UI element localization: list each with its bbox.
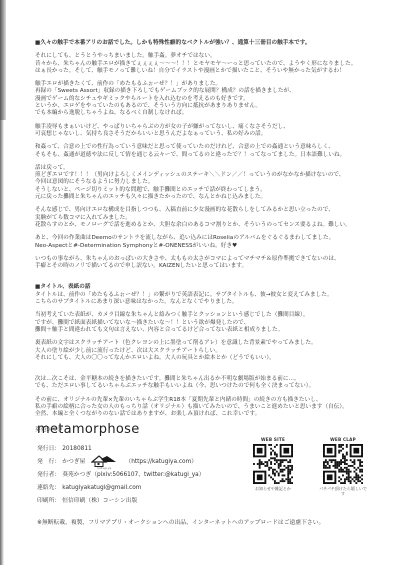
publisher-url[interactable]: （https://katugiya.com） xyxy=(125,459,197,466)
text-line: そもそも、姦通が道徳や法に反して情を通じる云々ーで、間ってるのと違ったで？！って… xyxy=(35,152,375,159)
qr-website-label: WEB SITE xyxy=(249,437,297,442)
text-line: 裏表紙の文字はスクラッチアート（色クレヨンの上に墨塗って削るアレ）を意識した背景… xyxy=(35,340,375,347)
qr-code-icon[interactable] xyxy=(253,444,293,484)
printer-label: 印刷所： xyxy=(37,498,60,505)
date-label: 発行日： xyxy=(37,446,60,453)
author-value: 葵苑かつぎ（pixiv:5066107、twitter:@katugi_ya） xyxy=(62,472,204,479)
paragraph: それにしても、とうとうやっちまいました。触手姦。夢オチではない。昔々から、朱ちゃ… xyxy=(35,53,375,75)
text-line: 今回は意図的にそうなるように努力しました。 xyxy=(35,179,375,186)
book-title: metamorphose xyxy=(37,422,367,437)
qr-website-caption: お知らせや雑記とか xyxy=(249,486,297,491)
logo-caption: katugi-ya xyxy=(97,467,111,470)
colophon-author: 発行者： 葵苑かつぎ（pixiv:5066107、twitter:@katugi… xyxy=(37,469,367,482)
qr-website: WEB SITE お知らせや雑記とか xyxy=(249,437,297,491)
text-line: あと、今回の作業曲はDeemoのサントラを流しながら、追い込みにはRoselia… xyxy=(35,235,375,242)
paragraph: 触手凌辱もまぁいいけど、やっぱりいちゃらぶの方が女の子が嫌がってないし、痛くなさ… xyxy=(35,124,375,139)
katugiya-logo: katugi-ya xyxy=(91,455,117,470)
date-value: 20180811 xyxy=(62,446,92,453)
text-line: はぁ長かった。そして、触手モノって難しいね！自分でイラストや漫画とかで描いたこと… xyxy=(35,68,375,75)
text-line: 昔々から、朱ちゃんの触手エロが描きてぇぇぇぇ〜〜〜！！！とモヤモヤ〜ーっと思って… xyxy=(35,61,375,68)
text-line: 触手凌辱もまぁいいけど、やっぱりいちゃらぶの方が女の子が嫌がってないし、痛くなさ… xyxy=(35,124,375,131)
text-line: その前に、オリジナルの先輩×先輩のいちゃらぶ学生R18本「夏期先輩と内緒の時間」… xyxy=(35,397,375,404)
paragraph: いつもの事ながら、朱ちゃんのおっぱいの大きさや、太ももの太さがコマによってマチマ… xyxy=(35,256,375,271)
paragraph: 当初考えていた表紙が、カメラ目線な朱ちゃんと絡みつく触手とクッションという感じで… xyxy=(35,312,375,334)
qr-webclap-label: WEB CLAP xyxy=(319,437,367,442)
colophon: metamorphose 発行日： 20180811 発 行： かつぎ屋 kat… xyxy=(37,422,367,508)
text-line: タイトルは、前作の「めたもるふぉーぜ？！」の繋がりで英語表記に。サブタイトルも、… xyxy=(35,292,375,299)
section-heading: ■タイトル、表紙の話 xyxy=(35,284,375,291)
paragraph: ■タイトル、表紙の話タイトルは、前作の「めたもるふぉーぜ？！」の繋がりで英語表記… xyxy=(35,284,375,306)
text-line: 大人の塗り絵が少し前に流行ったけど、次は大スクラッチアートらしい。 xyxy=(35,348,375,355)
text-line: 全然、本編と全くつながりのない話ではありますが、お楽しみ頂ければ、これ幸いです。 xyxy=(35,411,375,418)
paragraph: 話は戻って。煎どぎエロです！！！（男向けよろしくメインディッシュのステーキ＼＼ド… xyxy=(35,165,375,201)
text-line: そんな感じで、男向けエロな構成を目指しつつも、入稿直前に少女漫画的な花散らしをし… xyxy=(35,207,375,214)
qr-webclap-caption: パチパチ頂けたら嬉しいです xyxy=(319,486,367,496)
section-gap xyxy=(35,368,375,376)
text-line: それにしても、とうとうやっちまいました。触手姦。夢オチではない。 xyxy=(35,53,375,60)
text-line: でも本編から逸脱しちゃうよね。なるべく自制しなければ。 xyxy=(35,110,375,117)
paragraph: あと、今回の作業曲はDeemoのサントラを流しながら、追い込みにはRoselia… xyxy=(35,235,375,250)
text-line: そうしないと、ページ切りミット的な問題で、触手攤間とのエッチで話が終わってしまう… xyxy=(35,187,375,194)
paragraph: 触手エロが描きたくて、前作の「めたもるふぉーぜ？！」がありました。再録の「Swe… xyxy=(35,81,375,117)
paragraph: その前に、オリジナルの先輩×先輩のいちゃらぶ学生R18本「夏期先輩と内緒の時間」… xyxy=(35,397,375,419)
qr-code-icon[interactable] xyxy=(323,444,363,484)
paragraph: そんな感じで、男向けエロな構成を目指しつつも、入稿直前に少女漫画的な花散らしをし… xyxy=(35,207,375,229)
paragraph: ■久々の触手で本番アリのお話でした。しかも特殊性癖的なベクトルが強い？、通算十三… xyxy=(35,40,375,47)
colophon-publisher: 発 行： かつぎ屋 katugi-ya （https://katugiya.co… xyxy=(37,456,367,469)
paragraph: 和姦って、合意の上での性行為っていう意味だと思って使っていたのだけれど、合意の上… xyxy=(35,144,375,159)
text-line: 攤間＋触手と間違われても文句は言えない、内容と合ってるけど合ってない表紙と相成り… xyxy=(35,327,375,334)
text-line: 手癖とその時のノリで描いてるので申し訳ない。KAIZENしたいと思ってはいます。 xyxy=(35,263,375,270)
printer-value: 恒信印刷（株）コーシン出版 xyxy=(62,498,137,505)
author-label: 発行者： xyxy=(37,472,60,479)
colophon-printer: 印刷所： 恒信印刷（株）コーシン出版 xyxy=(37,495,367,508)
text-line: それにしても、大人の〇〇ってなんかエロいよね。大人の玩具とか絵本とか（どうでもい… xyxy=(35,355,375,362)
contact-label: 連絡先： xyxy=(37,485,60,492)
binding-shadow-top xyxy=(0,0,6,120)
text-line: 当初考えていた表紙が、カメラ目線な朱ちゃんと絡みつく触手とクッションという感じで… xyxy=(35,312,375,319)
text-line: 実験がてら数コマに入れてみました。 xyxy=(35,215,375,222)
afterword-text: ■久々の触手で本番アリのお話でした。しかも特殊性癖的なベクトルが強い？、通算十三… xyxy=(35,40,375,433)
qr-webclap: WEB CLAP パチパチ頂けたら嬉しいです xyxy=(319,437,367,496)
text-line: 花散らすのとか、モノローグで話を進めるとか、大胆な余白のあるコマ割りとか、そうい… xyxy=(35,222,375,229)
text-line: ですが、攤間で紙面表紙描いてないな〜描きたいな〜！！という欲が爆発したので、 xyxy=(35,320,375,327)
text-line: Neo-Aspectと#-Determination Symphonyと#-ON… xyxy=(35,243,375,250)
publisher-label: 発 行： xyxy=(37,459,60,466)
colophon-contact: 連絡先： katugiyakatugi@gmail.com xyxy=(37,482,367,495)
text-line: 漫画でゲーム的なシチュやギミックやらルートを入れ込むのを考えるのも好きです。 xyxy=(35,96,375,103)
publisher-value: かつぎ屋 xyxy=(62,459,85,466)
text-line: 再録の「Sweets Assort」収録の描き下ろしでもゲームブック的な展開？構… xyxy=(35,88,375,95)
section-heading: ■久々の触手で本番アリのお話でした。しかも特殊性癖的なベクトルが強い？、通算十三… xyxy=(35,40,375,47)
text-line: 元に戻った攤間と朱ちゃんのエッチも久々に描きたかったので、なんとかねじ込みました… xyxy=(35,194,375,201)
colophon-date: 発行日： 20180811 xyxy=(37,443,367,456)
text-line: でも、ただエロい事してるいちゃらぶエッチな触手もいいよね（今、思いつけたので何も… xyxy=(35,383,375,390)
text-line: 可哀想じゃないし、気持ち良さそうだからいいと思うんだよなぁっていう、私の好みの話… xyxy=(35,131,375,138)
copyright-notice: ※無断転載、複製、フリマアプリ・オークションへの出品、インターネットへのアップロ… xyxy=(37,517,324,526)
paragraph: 次は…次こそは、金平糖本の続きを描きたいです。攤間と朱ちゃん出るか不明な劇場版が… xyxy=(35,376,375,391)
text-line: 和姦って、合意の上での性行為っていう意味だと思って使っていたのだけれど、合意の上… xyxy=(35,144,375,151)
paragraph: 裏表紙の文字はスクラッチアート（色クレヨンの上に墨塗って削るアレ）を意識した背景… xyxy=(35,340,375,362)
contact-email[interactable]: katugiyakatugi@gmail.com xyxy=(62,485,141,492)
text-line: こちらのサブタイトルにあまり深い意味はなかった。なんとなくでやりました。 xyxy=(35,299,375,306)
